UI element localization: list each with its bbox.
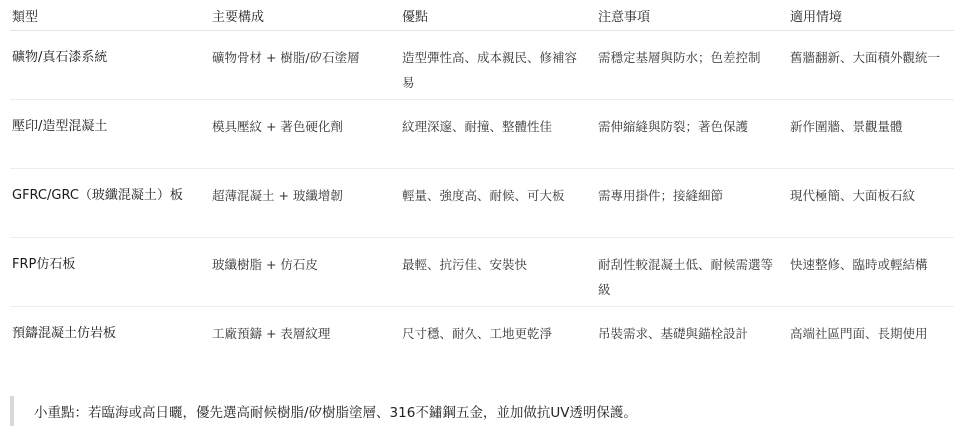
table-row: GFRC/GRC（玻纖混凝土）板 超薄混凝土 + 玻纖增韌 輕量、強度高、耐候、…: [10, 169, 954, 238]
cell-cautions: 耐刮性較混凝土低、耐候需選等級: [596, 238, 788, 307]
cell-use-cases: 高端社區門面、長期使用: [788, 307, 954, 376]
cell-composition: 礦物骨材 + 樹脂/矽石塗層: [210, 31, 400, 100]
cell-use-cases: 快速整修、臨時或輕結構: [788, 238, 954, 307]
cell-cautions: 需伸縮縫與防裂；著色保護: [596, 100, 788, 169]
cell-composition: 超薄混凝土 + 玻纖增韌: [210, 169, 400, 238]
cell-advantages: 尺寸穩、耐久、工地更乾淨: [400, 307, 596, 376]
cell-advantages: 最輕、抗污佳、安裝快: [400, 238, 596, 307]
cell-composition: 工廠預鑄 + 表層紋理: [210, 307, 400, 376]
cell-type: GFRC/GRC（玻纖混凝土）板: [10, 169, 210, 238]
table-row: 預鑄混凝土仿岩板 工廠預鑄 + 表層紋理 尺寸穩、耐久、工地更乾淨 吊裝需求、基…: [10, 307, 954, 376]
tip-text: 小重點：若臨海或高日曬，優先選高耐候樹脂/矽樹脂塗層、316不鏽鋼五金，並加做抗…: [34, 401, 637, 421]
table-header-row: 類型 主要構成 優點 注意事項 適用情境: [10, 0, 954, 31]
table-row: 壓印/造型混凝土 模具壓紋 + 著色硬化劑 紋理深邃、耐撞、整體性佳 需伸縮縫與…: [10, 100, 954, 169]
cell-cautions: 吊裝需求、基礎與錨栓設計: [596, 307, 788, 376]
cell-advantages: 紋理深邃、耐撞、整體性佳: [400, 100, 596, 169]
header-type: 類型: [10, 0, 210, 31]
header-advantages: 優點: [400, 0, 596, 31]
header-use-cases: 適用情境: [788, 0, 954, 31]
cell-use-cases: 新作圍牆、景觀量體: [788, 100, 954, 169]
cell-use-cases: 現代極簡、大面板石紋: [788, 169, 954, 238]
cell-type: 礦物/真石漆系統: [10, 31, 210, 100]
comparison-table: 類型 主要構成 優點 注意事項 適用情境 礦物/真石漆系統 礦物骨材 + 樹脂/…: [10, 0, 954, 375]
cell-type: 預鑄混凝土仿岩板: [10, 307, 210, 376]
tip-blockquote: 小重點：若臨海或高日曬，優先選高耐候樹脂/矽樹脂塗層、316不鏽鋼五金，並加做抗…: [10, 396, 637, 426]
header-cautions: 注意事項: [596, 0, 788, 31]
cell-type: 壓印/造型混凝土: [10, 100, 210, 169]
header-composition: 主要構成: [210, 0, 400, 31]
content: 類型 主要構成 優點 注意事項 適用情境 礦物/真石漆系統 礦物骨材 + 樹脂/…: [0, 0, 964, 375]
cell-advantages: 輕量、強度高、耐候、可大板: [400, 169, 596, 238]
cell-cautions: 需專用掛件；接縫細節: [596, 169, 788, 238]
table-row: 礦物/真石漆系統 礦物骨材 + 樹脂/矽石塗層 造型彈性高、成本親民、修補容易 …: [10, 31, 954, 100]
table-row: FRP仿石板 玻纖樹脂 + 仿石皮 最輕、抗污佳、安裝快 耐刮性較混凝土低、耐候…: [10, 238, 954, 307]
cell-type: FRP仿石板: [10, 238, 210, 307]
cell-cautions: 需穩定基層與防水；色差控制: [596, 31, 788, 100]
cell-composition: 模具壓紋 + 著色硬化劑: [210, 100, 400, 169]
cell-use-cases: 舊牆翻新、大面積外觀統一: [788, 31, 954, 100]
cell-composition: 玻纖樹脂 + 仿石皮: [210, 238, 400, 307]
cell-advantages: 造型彈性高、成本親民、修補容易: [400, 31, 596, 100]
